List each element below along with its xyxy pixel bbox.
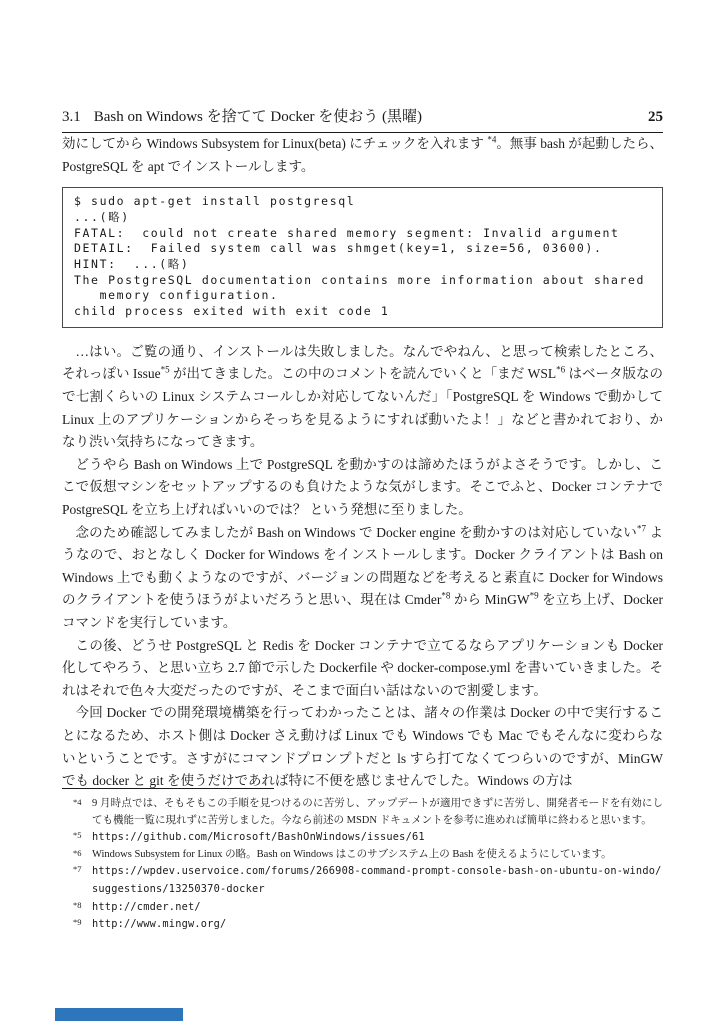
code-line: memory configuration.	[74, 288, 651, 304]
code-line: child process exited with exit code 1	[74, 304, 651, 320]
footnote-6: *6 Windows Subsystem for Linux の略。Bash o…	[62, 847, 663, 864]
footnote-separator-rule	[62, 788, 274, 789]
code-listing: $ sudo apt-get install postgresql ...(略)…	[62, 187, 663, 328]
book-page: 3.1 Bash on Windows を捨てて Docker を使おう (黒曜…	[0, 0, 725, 1024]
footnote-text: Windows Subsystem for Linux の略。Bash on W…	[92, 849, 612, 860]
paragraph-4: 念のため確認してみましたが Bash on Windows で Docker e…	[62, 522, 663, 635]
footnote-7: *7 https://wpdev.uservoice.com/forums/26…	[62, 863, 663, 898]
code-line: $ sudo apt-get install postgresql	[74, 194, 651, 210]
footnote-5: *5 https://github.com/Microsoft/BashOnWi…	[62, 829, 663, 847]
p2-text-2: が出てきました。この中のコメントを読んでいくと「まだ WSL	[170, 366, 556, 381]
p5-text-1: この後、どうせ PostgreSQL と Redis を Docker コンテナ…	[62, 638, 663, 698]
footnote-ref-9: *9	[530, 591, 539, 601]
footnote-url-link[interactable]: https://wpdev.uservoice.com/forums/26690…	[92, 865, 662, 895]
code-line: The PostgreSQL documentation contains mo…	[74, 273, 651, 289]
footnote-url-link[interactable]: http://www.mingw.org/	[92, 918, 226, 930]
section-number: 3.1	[62, 109, 81, 126]
footnote-8: *8 http://cmder.net/	[62, 899, 663, 917]
footnote-label: *7	[73, 861, 82, 878]
paragraph-3: どうやら Bash on Windows 上で PostgreSQL を動かすの…	[62, 454, 663, 522]
footnote-url-link[interactable]: http://cmder.net/	[92, 901, 201, 913]
running-header: 3.1 Bash on Windows を捨てて Docker を使おう (黒曜…	[62, 105, 663, 133]
footnote-ref-4: *4	[487, 135, 496, 145]
p4-text-1: 念のため確認してみましたが Bash on Windows で Docker e…	[76, 525, 637, 540]
code-line: DETAIL: Failed system call was shmget(ke…	[74, 241, 651, 257]
footnote-url-link[interactable]: https://github.com/Microsoft/BashOnWindo…	[92, 831, 425, 843]
code-line: FATAL: could not create shared memory se…	[74, 226, 651, 242]
paragraph-2: …はい。ご覧の通り、インストールは失敗しました。なんでやねん、と思って検索したと…	[62, 341, 663, 454]
footnote-label: *8	[73, 897, 82, 914]
section-title: Bash on Windows を捨てて Docker を使おう (黒曜)	[94, 105, 422, 126]
footnote-label: *9	[73, 914, 82, 931]
footnote-ref-6: *6	[556, 365, 565, 375]
p4-text-3: から MinGW	[450, 592, 529, 607]
page-number: 25	[648, 109, 663, 126]
paragraph-6: 今回 Docker での開発環境構築を行ってわかったことは、諸々の作業は Doc…	[62, 702, 663, 792]
footnote-9: *9 http://www.mingw.org/	[62, 916, 663, 934]
footnote-text: 9 月時点では、そもそもこの手順を見つけるのに苦労し、アップデートが適用できずに…	[92, 798, 663, 826]
code-line: ...(略)	[74, 210, 651, 226]
footnote-4: *4 9 月時点では、そもそもこの手順を見つけるのに苦労し、アップデートが適用で…	[62, 796, 663, 829]
p3-text-1: どうやら Bash on Windows 上で PostgreSQL を動かすの…	[62, 457, 663, 517]
intro-text-1: 効にしてから Windows Subsystem for Linux(beta)…	[62, 136, 487, 151]
p6-text-1: 今回 Docker での開発環境構築を行ってわかったことは、諸々の作業は Doc…	[62, 705, 663, 788]
paragraph-5: この後、どうせ PostgreSQL と Redis を Docker コンテナ…	[62, 635, 663, 703]
footnote-label: *4	[73, 794, 82, 811]
body-text: 効にしてから Windows Subsystem for Linux(beta)…	[62, 133, 663, 793]
footnote-ref-5: *5	[161, 365, 170, 375]
footnotes-block: *4 9 月時点では、そもそもこの手順を見つけるのに苦労し、アップデートが適用で…	[62, 788, 663, 934]
footnote-label: *5	[73, 827, 82, 844]
paragraph-intro: 効にしてから Windows Subsystem for Linux(beta)…	[62, 133, 663, 178]
code-line: HINT: ...(略)	[74, 257, 651, 273]
footnote-ref-8: *8	[441, 591, 450, 601]
page-bottom-accent-bar	[55, 1008, 183, 1021]
footnote-label: *6	[73, 845, 82, 862]
footnote-ref-7: *7	[637, 523, 646, 533]
